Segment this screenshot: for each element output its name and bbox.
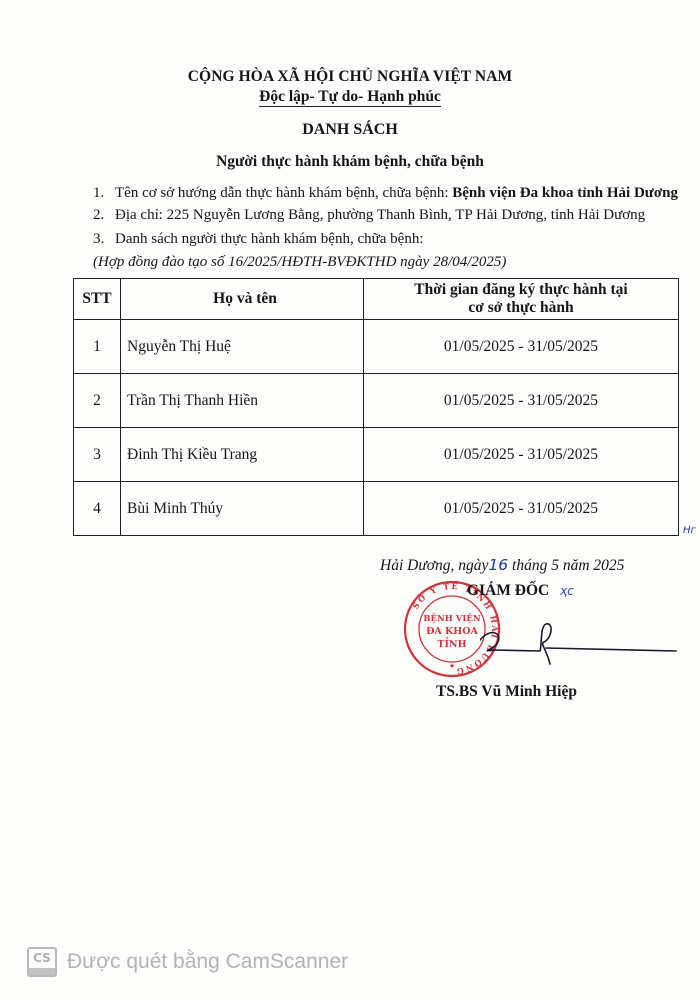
nation-heading: CỘNG HÒA XÃ HỘI CHỦ NGHĨA VIỆT NAM [0,68,700,86]
scanner-watermark: CS Được quét bằng CamScanner [27,947,348,977]
header-name: Họ và tên [121,279,364,320]
stamp-line-3: TỈNH [437,637,466,650]
cell-name: Đinh Thị Kiều Trang [121,428,364,482]
practitioner-table: STT Họ và tên Thời gian đăng ký thực hàn… [73,278,679,536]
watermark-text: Được quét bằng CamScanner [67,950,348,974]
stamp-line-2: ĐA KHOA [426,626,478,637]
item-number: 1. [93,185,115,202]
table-row: 1 Nguyễn Thị Huệ 01/05/2025 - 31/05/2025 [74,320,679,374]
header-time-text: Thời gian đăng ký thực hành tại cơ sở th… [406,281,636,317]
document-title: DANH SÁCH [0,121,700,139]
national-motto: Độc lập- Tự do- Hạnh phúc [0,88,700,106]
signer-name: TS.BS Vũ Minh Hiệp [436,683,577,701]
cell-stt: 1 [74,320,121,374]
item-address: 2.Địa chỉ: 225 Nguyễn Lương Bằng, phường… [93,207,645,224]
cell-name: Nguyễn Thị Huệ [121,320,364,374]
cell-time: 01/05/2025 - 31/05/2025 [364,320,679,374]
cell-name: Trần Thị Thanh Hiền [121,374,364,428]
signing-date: Hải Dương, ngày16 tháng 5 năm 2025 [380,556,624,575]
item-list: 3.Danh sách người thực hành khám bệnh, c… [93,231,424,248]
cell-stt: 2 [74,374,121,428]
svg-text:★: ★ [449,662,455,670]
item-label: Địa chỉ: 225 Nguyễn Lương Bằng, phường T… [115,207,645,223]
cell-stt: 3 [74,428,121,482]
table-row: 3 Đinh Thị Kiều Trang 01/05/2025 - 31/05… [74,428,679,482]
header-time: Thời gian đăng ký thực hành tại cơ sở th… [364,279,679,320]
cell-time: 01/05/2025 - 31/05/2025 [364,482,679,536]
handwritten-margin-note: Hг [683,525,696,536]
cell-time: 01/05/2025 - 31/05/2025 [364,428,679,482]
handwritten-day: 16 [488,556,508,574]
date-prefix: Hải Dương, ngày [380,557,488,574]
header-stt: STT [74,279,121,320]
table-row: 4 Bùi Minh Thúy 01/05/2025 - 31/05/2025 [74,482,679,536]
item-number: 2. [93,207,115,224]
document-subtitle: Người thực hành khám bệnh, chữa bệnh [0,153,700,171]
item-label: Danh sách người thực hành khám bệnh, chữ… [115,231,424,247]
stamp-line-1: BỆNH VIỆN [423,612,480,624]
cell-stt: 4 [74,482,121,536]
handwritten-initial: ҳс [560,584,574,598]
item-label: Tên cơ sở hướng dẫn thực hành khám bệnh,… [115,185,452,201]
item-facility: 1.Tên cơ sở hướng dẫn thực hành khám bện… [93,185,678,202]
signature-icon [480,618,680,668]
date-suffix: tháng 5 năm 2025 [508,557,624,574]
item-value: Bệnh viện Đa khoa tỉnh Hải Dương [452,185,678,201]
item-number: 3. [93,231,115,248]
motto-text: Độc lập- Tự do- Hạnh phúc [259,88,441,107]
table-header-row: STT Họ và tên Thời gian đăng ký thực hàn… [74,279,679,320]
table-row: 2 Trần Thị Thanh Hiền 01/05/2025 - 31/05… [74,374,679,428]
contract-note: (Hợp đồng đào tạo số 16/2025/HĐTH-BVĐKTH… [93,254,506,271]
cell-time: 01/05/2025 - 31/05/2025 [364,374,679,428]
camscanner-logo-icon: CS [27,947,57,977]
director-title: GIÁM ĐỐC [467,582,549,600]
cell-name: Bùi Minh Thúy [121,482,364,536]
